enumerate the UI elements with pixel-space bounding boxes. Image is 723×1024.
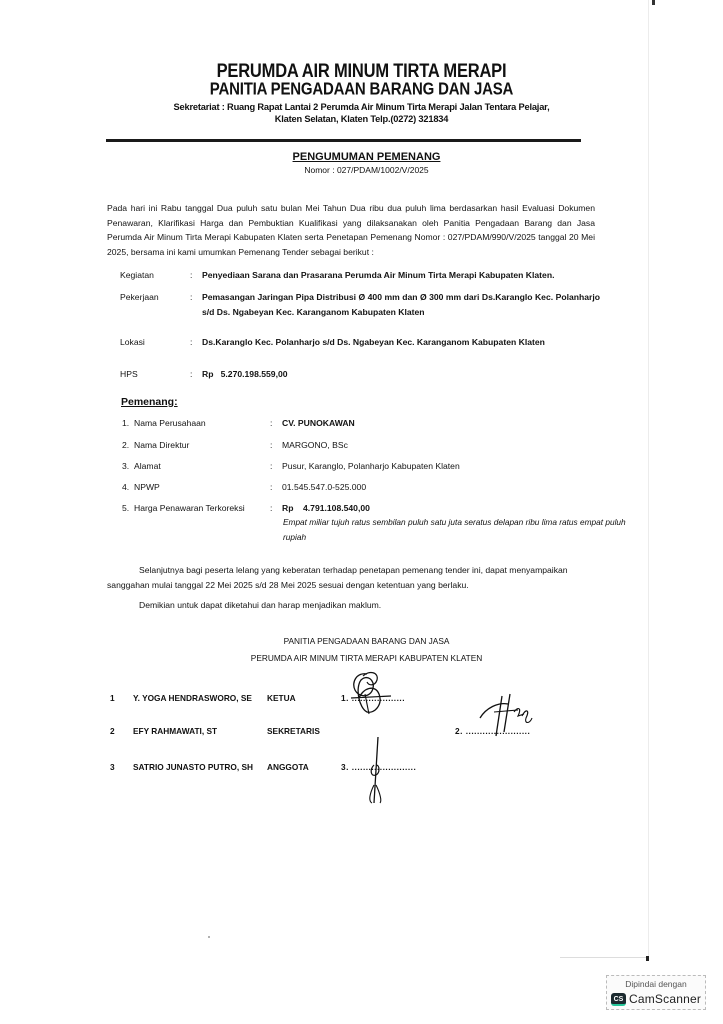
page-edge [648,0,649,960]
letterhead: PERUMDA AIR MINUM TIRTA MERAPI PANITIA P… [0,62,723,125]
amount-in-words: Empat miliar tujuh ratus sembilan puluh … [283,515,643,544]
winner-row: 5. Harga Penawaran Terkoreksi : Rp 4.791… [122,501,582,516]
winner-row: 2. Nama Direktur : MARGONO, BSc [122,438,582,453]
signature-2-icon [478,688,538,738]
director-name: MARGONO, BSc [282,438,582,453]
detail-label: Lokasi [120,335,190,350]
signature-3-icon [362,735,392,805]
committee-title: PANITIA PENGADAAN BARANG DAN JASA [0,80,723,101]
org-title: PERUMDA AIR MINUM TIRTA MERAPI [0,61,723,82]
company-address: Pusur, Karanglo, Polanharjo Kabupaten Kl… [282,459,582,474]
scan-speck [208,936,210,938]
member-role: ANGGOTA [267,762,339,772]
winner-row: 1. Nama Perusahaan : CV. PUNOKAWAN [122,416,582,431]
scanner-caption: Dipindai dengan [607,978,705,990]
detail-value: Pemasangan Jaringan Pipa Distribusi Ø 40… [202,290,600,319]
winner-row: 3. Alamat : Pusur, Karanglo, Polanharjo … [122,459,582,474]
npwp-value: 01.545.547.0-525.000 [282,480,582,495]
member-name: SATRIO JUNASTO PUTRO, SH [133,762,267,772]
signature-1-icon [345,668,395,716]
camscanner-logo-icon: CS [611,993,626,1006]
committee-member-row: 2 EFY RAHMAWATI, ST SEKRETARIS [110,726,339,736]
detail-label: Pekerjaan [120,290,190,319]
detail-value: Rp 5.270.198.559,00 [202,367,600,382]
detail-value: Ds.Karanglo Kec. Polanharjo s/d Ds. Ngab… [202,335,600,350]
committee-member-row: 3 SATRIO JUNASTO PUTRO, SH ANGGOTA [110,762,339,772]
member-role: SEKRETARIS [267,726,339,736]
company-name: CV. PUNOKAWAN [282,416,582,431]
corrected-price: Rp 4.791.108.540,00 [282,501,582,516]
winner-heading: Pemenang: [121,396,178,408]
announcement-heading: PENGUMUMAN PEMENANG Nomor : 027/PDAM/100… [0,150,723,176]
scan-mark [646,956,649,961]
scan-mark [652,0,655,5]
detail-row-lokasi: Lokasi : Ds.Karanglo Kec. Polanharjo s/d… [120,335,600,350]
detail-row-kegiatan: Kegiatan : Penyediaan Sarana dan Prasara… [120,268,600,283]
page-bottom-edge [560,957,648,958]
secretariat-line: Sekretariat : Ruang Rapat Lantai 2 Perum… [0,101,723,113]
objection-paragraph: Selanjutnya bagi peserta lelang yang keb… [107,563,599,592]
member-name: EFY RAHMAWATI, ST [133,726,267,736]
member-role: KETUA [267,693,339,703]
camscanner-watermark: Dipindai dengan CS CamScanner [606,975,706,1010]
detail-row-pekerjaan: Pekerjaan : Pemasangan Jaringan Pipa Dis… [120,290,600,319]
winner-row: 4. NPWP : 01.545.547.0-525.000 [122,480,582,495]
letterhead-divider [106,139,581,142]
intro-paragraph: Pada hari ini Rabu tanggal Dua puluh sat… [107,201,595,259]
closing-sentence: Demikian untuk dapat diketahui dan harap… [139,598,381,613]
detail-label: Kegiatan [120,268,190,283]
committee-signature-heading: PANITIA PENGADAAN BARANG DAN JASA PERUMD… [0,633,723,667]
detail-row-hps: HPS : Rp 5.270.198.559,00 [120,367,600,382]
address-line: Klaten Selatan, Klaten Telp.(0272) 32183… [0,113,723,125]
detail-value: Penyediaan Sarana dan Prasarana Perumda … [202,268,600,283]
member-name: Y. YOGA HENDRASWORO, SE [133,693,267,703]
announcement-title: PENGUMUMAN PEMENANG [10,150,723,164]
detail-label: HPS [120,367,190,382]
committee-member-row: 1 Y. YOGA HENDRASWORO, SE KETUA [110,693,339,703]
announcement-number: Nomor : 027/PDAM/1002/V/2025 [10,164,723,176]
scanner-brand: CamScanner [629,992,701,1006]
